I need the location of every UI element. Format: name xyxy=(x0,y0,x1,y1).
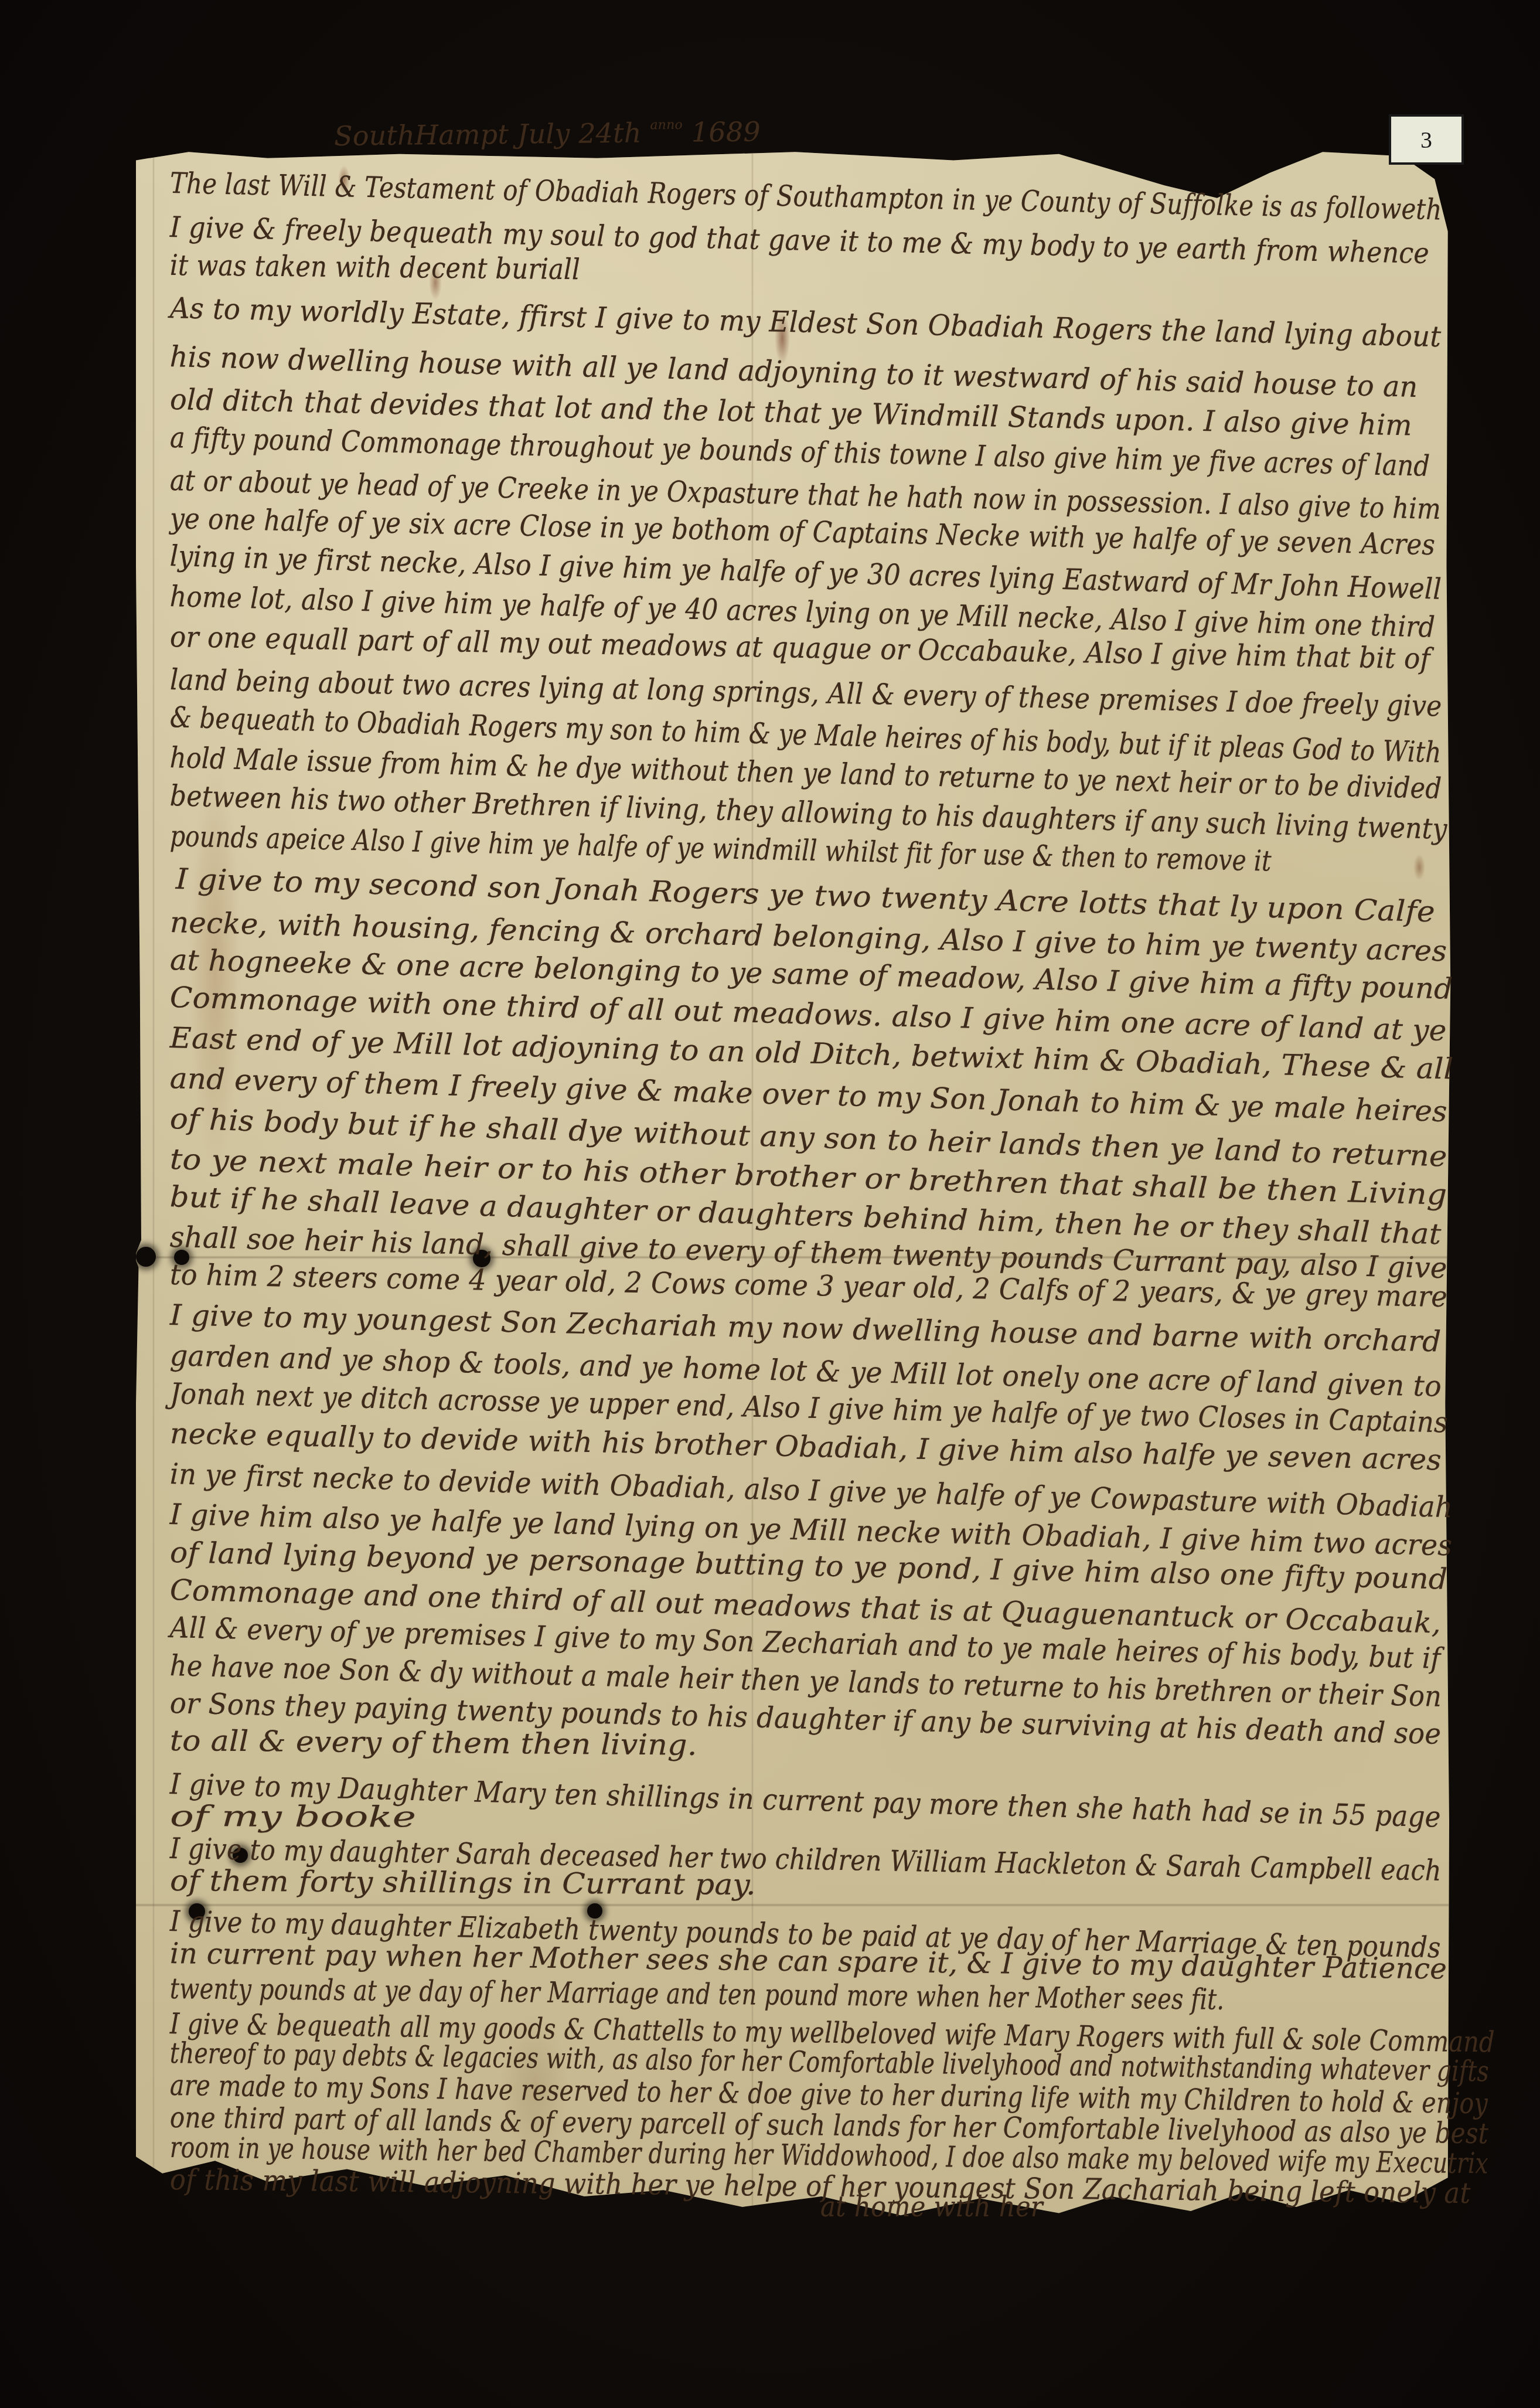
will-line: of my booke xyxy=(170,1802,416,1831)
ink-spot xyxy=(1413,854,1425,880)
page-number-label: 3 xyxy=(1389,114,1464,165)
dateline-year: 1689 xyxy=(691,115,761,148)
dateline-place: SouthHampt xyxy=(334,118,509,152)
will-line: at home with her xyxy=(820,2192,1043,2221)
will-line: to all & every of them then living. xyxy=(170,1726,697,1760)
page-number: 3 xyxy=(1420,126,1432,154)
document-dateline: SouthHampt July 24th anno 1689 xyxy=(334,115,761,152)
dateline-anno: anno xyxy=(650,118,683,133)
dateline-date: July 24th xyxy=(517,117,642,150)
fold-crease xyxy=(136,1903,1454,1907)
will-line: it was taken with decent buriall xyxy=(170,251,581,284)
will-line: of them forty shillings in Currant pay. xyxy=(170,1866,756,1899)
worm-hole xyxy=(136,1247,156,1267)
fold-crease xyxy=(152,148,155,2240)
